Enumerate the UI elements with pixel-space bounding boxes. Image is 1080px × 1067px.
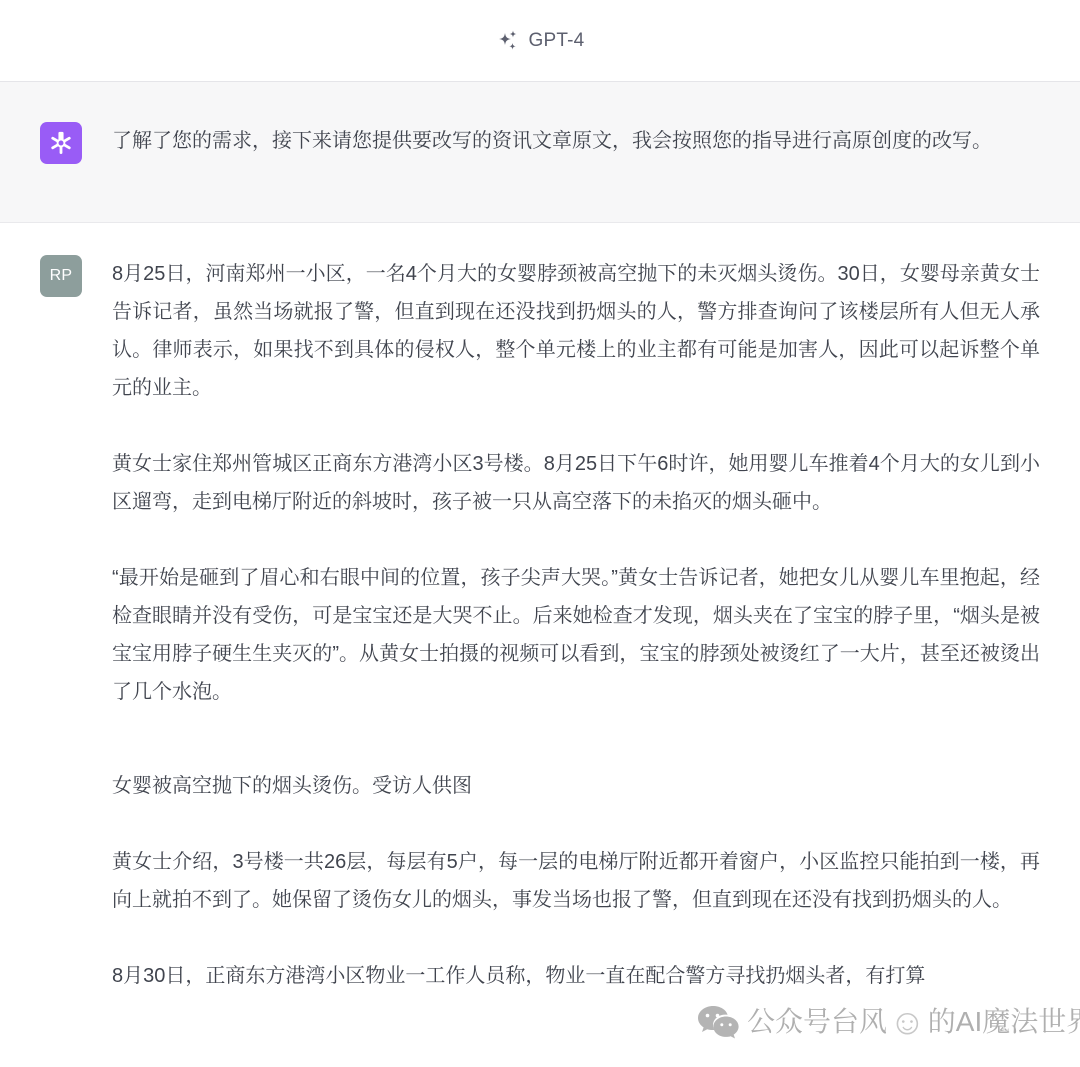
user-paragraph-6: 8月30日，正商东方港湾小区物业一工作人员称，物业一直在配合警方寻找扔烟头者，有… [112,957,1040,995]
assistant-avatar [40,122,82,164]
watermark-text-prefix: 公众号台风 [747,1000,887,1044]
user-avatar-initials: RP [50,267,73,285]
wechat-icon [695,1002,743,1042]
watermark-text-suffix: 的AI魔法世界 [928,1000,1080,1044]
photo-caption: 女婴被高空抛下的烟头烫伤。受访人供图 [112,767,1040,805]
user-paragraph-2: 黄女士家住郑州管城区正商东方港湾小区3号楼。8月25日下午6时许，她用婴儿车推着… [112,445,1040,521]
user-paragraph-3: “最开始是砸到了眉心和右眼中间的位置，孩子尖声大哭。”黄女士告诉记者，她把女儿从… [112,559,1040,711]
smiley-icon: ☺ [889,1004,926,1040]
chat-header: GPT-4 [0,0,1080,81]
user-message-text: 8月25日，河南郑州一小区，一名4个月大的女婴脖颈被高空抛下的未灭烟头烫伤。30… [112,255,1040,995]
user-paragraph-5: 黄女士介绍，3号楼一共26层，每层有5户，每一层的电梯厅附近都开着窗户，小区监控… [112,843,1040,919]
wechat-watermark: 公众号台风 ☺ 的AI魔法世界 [695,1000,1080,1044]
openai-logo-icon [47,129,75,157]
assistant-paragraph: 了解了您的需求，接下来请您提供要改写的资讯文章原文，我会按照您的指导进行高原创度… [112,122,1040,160]
assistant-message-row: 了解了您的需求，接下来请您提供要改写的资讯文章原文，我会按照您的指导进行高原创度… [0,81,1080,223]
user-avatar: RP [40,255,82,297]
model-selector[interactable]: GPT-4 [496,29,585,53]
model-label: GPT-4 [529,30,585,52]
user-message-row: RP 8月25日，河南郑州一小区，一名4个月大的女婴脖颈被高空抛下的未灭烟头烫伤… [0,223,1080,995]
assistant-message-text: 了解了您的需求，接下来请您提供要改写的资讯文章原文，我会按照您的指导进行高原创度… [112,122,1040,160]
sparkles-icon [496,29,520,53]
user-paragraph-1: 8月25日，河南郑州一小区，一名4个月大的女婴脖颈被高空抛下的未灭烟头烫伤。30… [112,255,1040,407]
